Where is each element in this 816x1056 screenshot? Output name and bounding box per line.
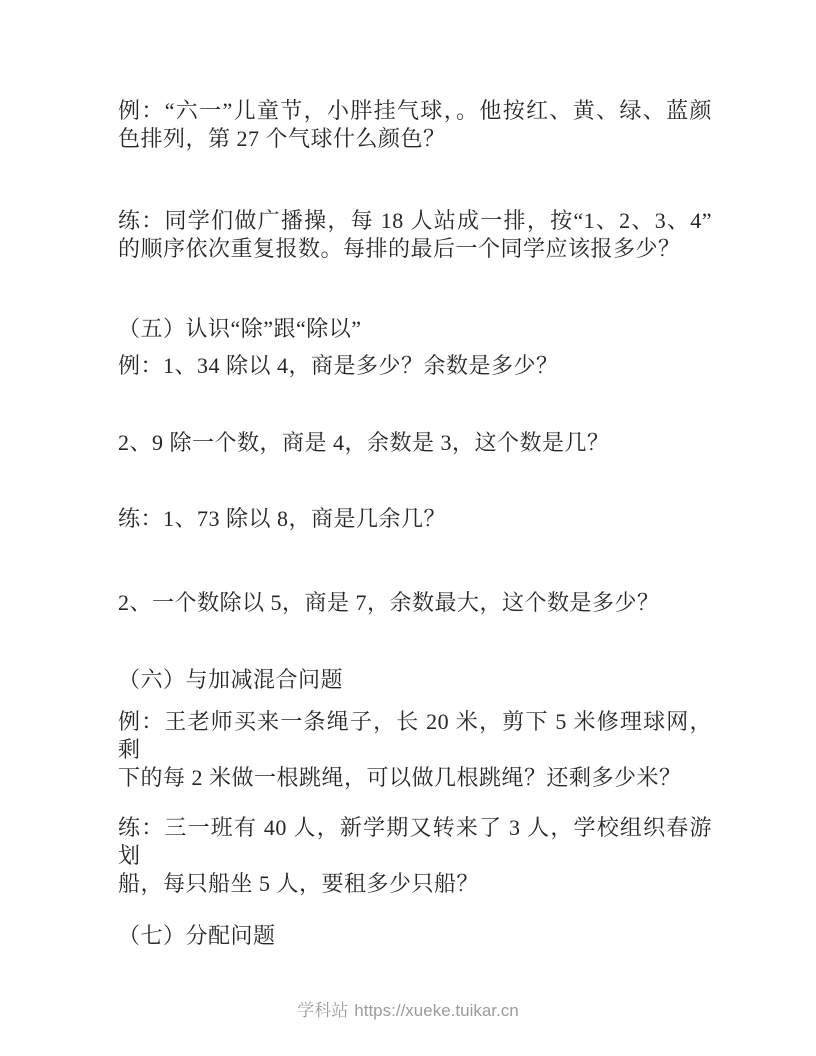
text-line: 2、一个数除以 5，商是 7，余数最大，这个数是多少？ (118, 589, 712, 617)
text-line: 例：王老师买来一条绳子，长 20 米，剪下 5 米修理球网，剩 (118, 708, 712, 764)
footer-url: https://xueke.tuikar.cn (354, 1001, 518, 1020)
paragraph-example-division-2: 2、9 除一个数，商是 4，余数是 3，这个数是几？ (118, 429, 712, 457)
paragraph-example-rope: 例：王老师买来一条绳子，长 20 米，剪下 5 米修理球网，剩 下的每 2 米做… (118, 708, 712, 792)
text-line: （七）分配问题 (118, 922, 712, 950)
text-line: （五）认识“除”跟“除以” (118, 315, 712, 343)
text-line: 练：三一班有 40 人，新学期又转来了 3 人，学校组织春游划 (118, 814, 712, 870)
paragraph-example-balloons: 例：“六一”儿童节，小胖挂气球，。他按红、黄、绿、蓝颜 色排列，第 27 个气球… (118, 97, 712, 153)
footer-site-name: 学科站 (297, 1001, 348, 1020)
section-heading-six: （六）与加减混合问题 (118, 666, 712, 694)
text-line: 练：同学们做广播操，每 18 人站成一排，按“1、2、3、4” (118, 207, 712, 235)
paragraph-practice-boats: 练：三一班有 40 人，新学期又转来了 3 人，学校组织春游划 船，每只船坐 5… (118, 814, 712, 898)
worksheet-page: 例：“六一”儿童节，小胖挂气球，。他按红、黄、绿、蓝颜 色排列，第 27 个气球… (0, 0, 816, 1056)
text-line: 色排列，第 27 个气球什么颜色？ (118, 125, 712, 153)
text-line: 练：1、73 除以 8，商是几余几？ (118, 505, 712, 533)
text-line: 船，每只船坐 5 人，要租多少只船？ (118, 870, 712, 898)
text-line: 2、9 除一个数，商是 4，余数是 3，这个数是几？ (118, 429, 712, 457)
text-line: （六）与加减混合问题 (118, 666, 712, 694)
section-heading-five: （五）认识“除”跟“除以” (118, 315, 712, 343)
section-heading-seven: （七）分配问题 (118, 922, 712, 950)
paragraph-practice-division-2: 2、一个数除以 5，商是 7，余数最大，这个数是多少？ (118, 589, 712, 617)
text-line: 下的每 2 米做一根跳绳，可以做几根跳绳？还剩多少米？ (118, 764, 712, 792)
text-line: 例：1、34 除以 4，商是多少？余数是多少？ (118, 352, 712, 380)
paragraph-example-division-1: 例：1、34 除以 4，商是多少？余数是多少？ (118, 352, 712, 380)
text-line: 的顺序依次重复报数。每排的最后一个同学应该报多少？ (118, 235, 712, 263)
paragraph-practice-division-1: 练：1、73 除以 8，商是几余几？ (118, 505, 712, 533)
text-line: 例：“六一”儿童节，小胖挂气球，。他按红、黄、绿、蓝颜 (118, 97, 712, 125)
footer-watermark: 学科站https://xueke.tuikar.cn (0, 1000, 816, 1022)
paragraph-practice-counting: 练：同学们做广播操，每 18 人站成一排，按“1、2、3、4” 的顺序依次重复报… (118, 207, 712, 263)
